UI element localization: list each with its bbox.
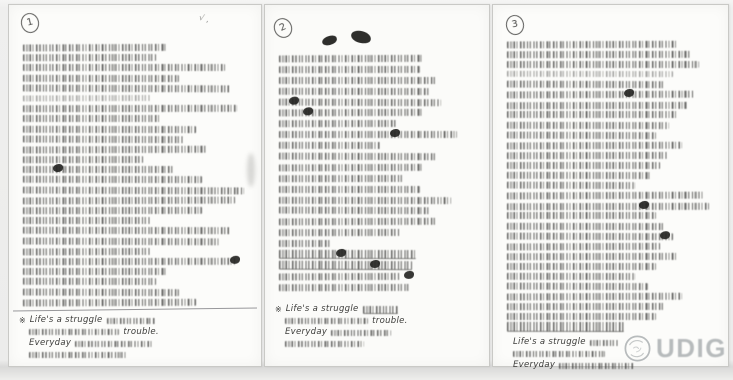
legible-handwriting-text: Everyday [29, 339, 71, 348]
handwriting-scribble [507, 293, 682, 301]
handwritten-line [507, 301, 720, 312]
handwritten-line [23, 235, 253, 246]
handwriting-scribble [279, 164, 424, 172]
handwriting-scribble [507, 272, 635, 279]
handwritten-line [23, 194, 253, 205]
handwritten-line [507, 49, 720, 60]
footnote-line: Everyday [29, 339, 255, 348]
handwriting-scribble [507, 50, 690, 57]
ink-blot [370, 260, 380, 268]
handwriting-scribble [23, 278, 156, 285]
handwriting-scribble [29, 352, 128, 358]
ink-blot [336, 249, 346, 257]
handwriting-scribble [23, 43, 166, 51]
handwriting-scribble [285, 341, 364, 347]
footnote-block: ※Life's a struggletrouble.Everyday [285, 305, 483, 349]
notes-photo: 1 √ , ※Life's a struggletrouble.Everyday… [0, 0, 733, 380]
handwriting-scribble [23, 247, 150, 255]
handwriting-scribble [279, 66, 420, 73]
handwritten-line [507, 150, 720, 161]
handwritten-line [279, 270, 481, 282]
handwritten-line [279, 64, 481, 75]
handwritten-line [23, 296, 253, 307]
handwriting-scribble [23, 288, 179, 296]
ink-blot [289, 96, 299, 104]
handwriting-scribble [279, 207, 431, 215]
legible-handwriting-text: trouble. [372, 317, 408, 326]
handwritten-body [279, 53, 481, 293]
page-number-badge: 2 [271, 15, 296, 41]
handwritten-line [279, 173, 481, 184]
ink-doodle [321, 35, 338, 47]
footnote-marker: ※ [275, 305, 282, 314]
handwriting-scribble [75, 341, 152, 347]
legible-handwriting-text: Life's a struggle [513, 338, 586, 347]
handwriting-scribble [507, 131, 656, 139]
handwriting-scribble [507, 40, 677, 48]
ink-blot [404, 271, 414, 279]
handwriting-scribble [23, 156, 143, 163]
handwritten-line [507, 89, 720, 100]
handwritten-line [507, 200, 720, 211]
handwriting-scribble [279, 153, 437, 161]
handwriting-scribble [23, 64, 225, 71]
handwriting-scribble [23, 115, 161, 122]
handwriting-scribble [279, 120, 396, 127]
handwritten-line [279, 129, 481, 140]
handwritten-line [23, 276, 253, 287]
notebook-page-1: 1 √ , ※Life's a struggletrouble.Everyday [8, 4, 262, 367]
handwritten-line [507, 211, 720, 221]
handwriting-scribble [279, 240, 330, 247]
footnote-line [285, 340, 483, 349]
handwritten-line [507, 110, 720, 120]
ink-blot [53, 164, 63, 172]
handwriting-scribble [23, 268, 166, 275]
handwritten-line [23, 245, 253, 256]
handwriting-scribble [29, 329, 119, 335]
handwriting-scribble [507, 71, 673, 77]
handwritten-line [23, 205, 253, 216]
handwriting-scribble [507, 91, 694, 99]
handwritten-line [23, 154, 253, 165]
handwriting-scribble [279, 273, 400, 281]
footnote-line [29, 351, 255, 360]
legible-handwriting-text: Life's a struggle [286, 305, 359, 314]
handwriting-scribble [23, 196, 235, 204]
handwriting-scribble [507, 121, 669, 128]
footnote-line: trouble. [29, 328, 255, 337]
handwritten-line [23, 52, 253, 63]
handwriting-scribble [23, 74, 179, 81]
handwriting-scribble [507, 202, 709, 209]
handwritten-line [507, 139, 720, 150]
handwriting-scribble [285, 318, 368, 324]
handwriting-scribble [279, 175, 404, 182]
handwriting-scribble [23, 227, 230, 234]
page-number-badge: 1 [19, 11, 41, 35]
handwriting-scribble [507, 322, 624, 332]
legible-handwriting-text: Everyday [513, 361, 555, 370]
legible-handwriting-text: Life's a struggle [30, 316, 103, 325]
handwriting-scribble [23, 95, 150, 101]
handwriting-scribble [279, 229, 400, 236]
handwriting-scribble [23, 176, 202, 183]
divider-line [13, 308, 257, 312]
handwritten-line [507, 251, 720, 262]
handwriting-scribble [590, 340, 619, 346]
ink-blot [230, 256, 240, 264]
udig-brand-text: UDIG [656, 333, 727, 364]
handwriting-scribble [23, 84, 230, 92]
handwritten-line [279, 227, 481, 238]
handwriting-scribble [363, 306, 399, 314]
handwriting-scribble [279, 131, 457, 138]
handwritten-line [23, 266, 253, 276]
handwriting-scribble [331, 330, 390, 336]
handwritten-line [279, 118, 481, 129]
handwritten-line [279, 75, 481, 86]
handwriting-scribble [279, 87, 431, 94]
handwriting-scribble [279, 55, 424, 63]
handwritten-line [507, 261, 720, 271]
legible-handwriting-text: Everyday [285, 328, 327, 337]
footnote-line: Everyday [285, 328, 483, 337]
handwriting-scribble [279, 218, 437, 226]
handwritten-line [279, 140, 481, 151]
handwritten-line [23, 123, 253, 134]
handwriting-scribble [23, 135, 184, 143]
paper-smudge [247, 153, 255, 187]
handwriting-scribble [23, 105, 237, 112]
handwriting-scribble [507, 162, 660, 169]
udig-logo-icon [622, 333, 653, 364]
handwriting-scribble [513, 351, 605, 357]
handwritten-line [507, 160, 720, 170]
handwritten-line [279, 281, 481, 292]
handwriting-scribble [23, 186, 244, 194]
handwritten-line [507, 59, 720, 69]
handwritten-line [507, 220, 720, 231]
handwriting-scribble [507, 242, 660, 250]
footnote-line: trouble. [285, 317, 483, 326]
handwritten-line [279, 151, 481, 163]
handwriting-scribble [107, 318, 157, 324]
handwriting-scribble [23, 125, 196, 132]
handwriting-scribble [23, 54, 156, 61]
handwriting-scribble [23, 145, 207, 153]
handwritten-line [507, 240, 720, 251]
handwriting-scribble [507, 252, 677, 259]
udig-watermark: UDIG [622, 333, 727, 364]
handwritten-line [279, 238, 481, 249]
handwriting-scribble [23, 257, 235, 264]
handwritten-line [23, 225, 253, 236]
handwriting-scribble [507, 263, 656, 270]
footnote-block: ※Life's a struggletrouble.Everyday [29, 316, 255, 360]
handwriting-scribble [507, 222, 665, 229]
handwriting-scribble [279, 142, 380, 149]
handwriting-scribble [279, 109, 424, 117]
handwritten-line [507, 120, 720, 131]
handwriting-scribble [507, 141, 682, 149]
handwritten-line [279, 184, 481, 195]
handwritten-body [507, 39, 720, 332]
handwritten-line [23, 286, 253, 297]
handwriting-scribble [507, 282, 648, 290]
handwriting-scribble [279, 186, 420, 193]
handwritten-line [23, 174, 253, 185]
handwriting-scribble [507, 181, 635, 189]
pencil-mark: √ , [198, 13, 210, 24]
handwritten-line [279, 249, 481, 260]
footnote-line: ※Life's a struggle [29, 316, 255, 325]
handwriting-scribble [507, 61, 699, 68]
handwritten-line [507, 99, 720, 110]
handwriting-scribble [23, 298, 196, 306]
handwritten-line [279, 53, 481, 65]
ink-doodle [350, 30, 371, 45]
handwriting-scribble [279, 77, 437, 84]
handwriting-scribble [507, 232, 673, 240]
handwriting-scribble [279, 98, 441, 106]
handwriting-scribble [507, 212, 656, 219]
handwriting-scribble [279, 196, 451, 203]
handwritten-body [23, 42, 253, 307]
handwriting-scribble [23, 166, 173, 173]
handwriting-scribble [507, 80, 665, 88]
handwriting-scribble [279, 260, 412, 270]
handwritten-line [507, 312, 720, 322]
handwritten-line [279, 85, 481, 96]
page-number-badge: 3 [504, 14, 525, 37]
handwriting-scribble [507, 101, 688, 108]
handwriting-scribble [507, 313, 656, 320]
handwritten-line [279, 259, 481, 271]
legible-handwriting-text: trouble. [123, 328, 159, 337]
notebook-page-2: 2 ※Life's a struggletrouble.Everyday [264, 4, 490, 367]
handwriting-scribble [507, 303, 665, 310]
handwriting-scribble [507, 111, 677, 118]
handwritten-line [23, 62, 253, 72]
handwritten-line [23, 184, 253, 195]
notebook-page-3: 3 Life's a struggleEveryday [492, 4, 729, 367]
handwriting-scribble [279, 284, 410, 291]
footnote-line: ※Life's a struggle [285, 305, 483, 314]
handwritten-line [507, 321, 720, 332]
handwritten-line [23, 256, 253, 267]
handwritten-line [507, 190, 720, 201]
handwritten-line [507, 230, 720, 241]
handwriting-scribble [23, 217, 150, 224]
handwritten-line [279, 161, 481, 173]
handwriting-scribble [23, 206, 202, 213]
handwriting-scribble [507, 192, 703, 200]
handwriting-scribble [23, 237, 219, 245]
handwritten-line [23, 72, 253, 83]
handwriting-scribble [279, 250, 416, 260]
ink-blot [639, 200, 649, 208]
handwriting-scribble [507, 151, 667, 158]
handwritten-line [23, 113, 253, 123]
footnote-marker: ※ [19, 316, 26, 325]
handwriting-scribble [507, 172, 652, 179]
handwritten-line [23, 103, 253, 114]
